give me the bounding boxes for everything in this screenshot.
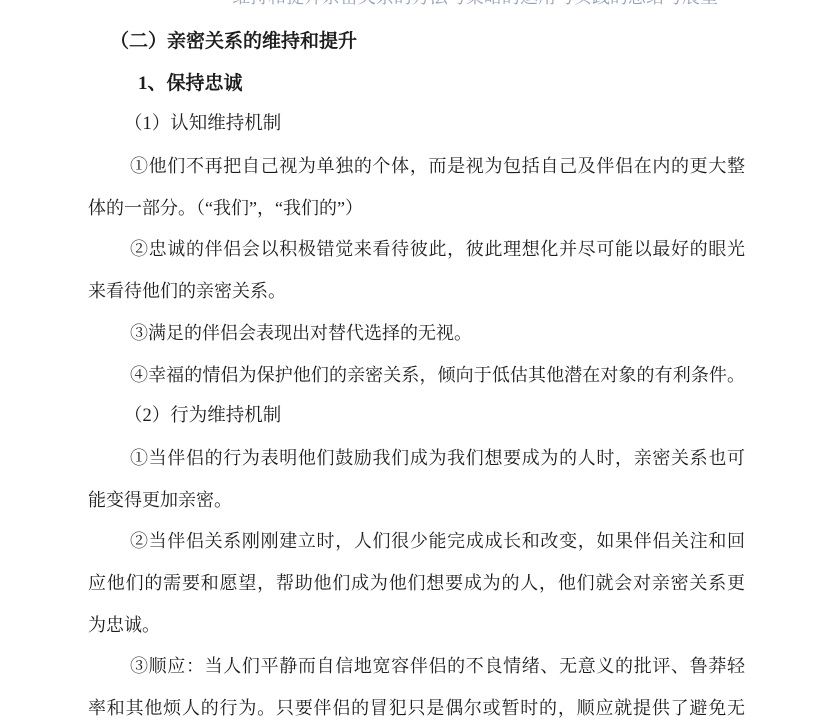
paragraph-cognitive-1-line-1: ①他们不再把自己视为单独的个体，而是视为包括自己及伴侣在内的更大整 [88, 146, 745, 188]
paragraph-behavior-2-line-1: ②当伴侣关系刚刚建立时，人们很少能完成成长和改变，如果伴侣关注和回 [88, 521, 745, 563]
paragraph-cognitive-3: ③满足的伴侣会表现出对替代选择的无视。 [88, 313, 745, 355]
section-heading: （二）亲密关系的维持和提升 [88, 21, 745, 63]
paragraph-behavior-2-line-3: 为忠诚。 [88, 605, 745, 647]
paragraph-behavior-1-line-2: 能变得更加亲密。 [88, 480, 745, 522]
paragraph-behavior-3-line-1: ③顺应：当人们平静而自信地宽容伴侣的不良情绪、无意义的批评、鲁莽轻 [88, 646, 745, 688]
item-heading-cognitive-mechanism: （1）认知维持机制 [88, 104, 745, 146]
subsection-heading-keep-loyal: 1、保持忠诚 [88, 63, 745, 105]
document-page: 维持和提升亲密关系的方法与策略的运用与实践的总结与展望 （二）亲密关系的维持和提… [0, 0, 831, 727]
paragraph-cognitive-4: ④幸福的情侣为保护他们的亲密关系，倾向于低估其他潜在对象的有利条件。 [88, 355, 745, 397]
clipped-text-line: 维持和提升亲密关系的方法与策略的运用与实践的总结与展望 [232, 0, 718, 7]
document-body: （二）亲密关系的维持和提升 1、保持忠诚 （1）认知维持机制 ①他们不再把自己视… [88, 21, 745, 727]
item-heading-behavior-mechanism: （2）行为维持机制 [88, 396, 745, 438]
paragraph-behavior-2-line-2: 应他们的需要和愿望，帮助他们成为他们想要成为的人，他们就会对亲密关系更 [88, 563, 745, 605]
paragraph-cognitive-2-line-2: 来看待他们的亲密关系。 [88, 271, 745, 313]
paragraph-behavior-1-line-1: ①当伴侣的行为表明他们鼓励我们成为我们想要成为的人时，亲密关系也可 [88, 438, 745, 480]
paragraph-cognitive-1-line-2: 体的一部分。（“我们”，“我们的”） [88, 188, 745, 230]
paragraph-cognitive-2-line-1: ②忠诚的伴侣会以积极错觉来看待彼此，彼此理想化并尽可能以最好的眼光 [88, 229, 745, 271]
paragraph-behavior-3-line-2: 率和其他烦人的行为。只要伴侣的冒犯只是偶尔或暂时的，顺应就提供了避免无 [88, 688, 745, 727]
